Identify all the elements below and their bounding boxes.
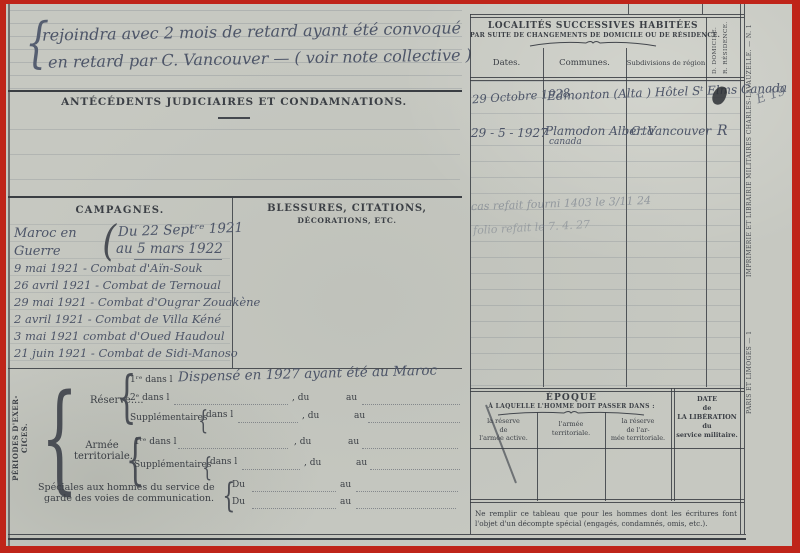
au-label: au — [340, 497, 351, 507]
campagne-brace: ( — [102, 217, 116, 265]
au-label: au — [346, 393, 357, 403]
antecedents-title-rule — [218, 117, 250, 119]
armee-label-line1: Armée — [82, 440, 122, 451]
epoque-header-rule — [470, 448, 744, 449]
campagne-maroc-label2: Guerre — [14, 244, 61, 259]
epoque-date-col-header: DATE de LA LIBÉRATION du service militai… — [674, 395, 740, 440]
dotted-leader — [356, 490, 458, 492]
localites-side-label-residence: R. RÉSIDENCE. — [723, 20, 729, 74]
localites-row-commune-sub: canada — [549, 137, 582, 147]
du-label: , du — [294, 437, 311, 447]
localites-col-header-communes: Communes. — [543, 58, 626, 68]
localites-box-top-2 — [470, 17, 744, 18]
epoque-subtitle: À LAQUELLE L'HOMME DOIT PASSER DANS : — [470, 403, 673, 410]
localites-header-brace — [528, 40, 658, 48]
epoque-date-divider-1 — [671, 388, 672, 501]
campagne-combat-entry: 3 mai 1921 combat d'Oued Haudoul — [14, 329, 225, 343]
campagnes-title: CAMPAGNES. — [8, 205, 232, 216]
du-label: Du — [232, 497, 245, 507]
dotted-leader — [252, 490, 336, 492]
handwritten-underline — [134, 259, 222, 260]
epoque-footnote: Ne remplir ce tableau que pour les homme… — [475, 509, 737, 528]
dotted-leader — [174, 403, 288, 405]
imprint-city: PARIS ET LIMOGES — 1 — [746, 288, 753, 456]
localites-row-date: 29 - 5 - 1927 — [471, 126, 548, 140]
dotted-leader — [252, 507, 336, 509]
du-label: , du — [302, 411, 319, 421]
bottom-rule-1 — [8, 534, 746, 535]
au-label: au — [354, 411, 365, 421]
epoque-col-header-1: la réserve de l'armée active. — [470, 417, 537, 443]
campagne-combat-entry: 26 avril 1921 - Combat de Ternoual — [14, 278, 221, 292]
armee-label-line2: territoriale. — [74, 451, 130, 462]
epoque-title: ÉPOQUE — [470, 393, 673, 403]
reserve-row2-label: 2ᵉ dans l — [130, 393, 169, 403]
localites-col-header-dates: Dates. — [470, 58, 543, 68]
armee-row1-label: 1ʳᵉ dans l — [134, 437, 176, 447]
localites-row-subdivision: C. Vancouver — [631, 124, 711, 138]
reserve-row1-label: 1ʳᵉ dans l — [130, 375, 172, 385]
localites-subtitle: PAR SUITE DE CHANGEMENTS DE DOMICILE OU … — [470, 32, 716, 39]
epoque-bottom-rule-1 — [470, 499, 744, 500]
localites-col-header-subdivisions: Subdivisions de région — [624, 59, 708, 67]
au-label: au — [348, 437, 359, 447]
dotted-leader — [370, 468, 460, 470]
dotted-leader — [368, 421, 460, 423]
blessures-title-line2: DÉCORATIONS, ETC. — [232, 216, 462, 225]
dotted-leader — [362, 403, 460, 405]
campagne-combat-entry: 9 mai 1921 - Combat d'Aïn-Souk — [14, 261, 203, 275]
dotted-leader — [362, 447, 458, 449]
campagne-combat-entry: 21 juin 1921 - Combat de Sidi-Manoso — [14, 346, 238, 360]
au-label: au — [340, 480, 351, 490]
document-page: { rejoindra avec 2 mois de retard ayant … — [6, 4, 792, 546]
dotted-leader — [178, 447, 288, 449]
bottom-rule-2 — [8, 538, 746, 540]
scan-red-border: { rejoindra avec 2 mois de retard ayant … — [0, 0, 800, 553]
divider-line — [8, 90, 462, 92]
dans-l-label: dans l — [210, 457, 237, 467]
localites-title: LOCALITÉS SUCCESSIVES HABITÉES — [470, 21, 716, 31]
epoque-col-header-2: l'armée territoriale. — [537, 420, 605, 437]
dotted-leader — [356, 507, 456, 509]
top-stub-line — [628, 4, 629, 14]
campagne-maroc-label1: Maroc en — [14, 226, 77, 241]
campagne-combat-entry: 29 mai 1921 - Combat d'Ougrar Zouakène — [14, 295, 260, 309]
au-label: au — [356, 458, 367, 468]
epoque-bottom-rule-2 — [470, 502, 744, 503]
du-label: , du — [292, 393, 309, 403]
antecedents-ruled-area — [10, 129, 460, 195]
dotted-leader — [242, 468, 300, 470]
supplementaires-label: Supplémentaires — [130, 413, 207, 423]
periodes-vertical-label: PÉRIODES D'EXER- CICES. — [11, 393, 31, 483]
du-label: , du — [304, 458, 321, 468]
campagne-combat-entry: 2 avril 1921 - Combat de Villa Kéné — [14, 312, 221, 326]
antecedents-title: ANTÉCÉDENTS JUDICIAIRES ET CONDAMNATIONS… — [8, 96, 460, 108]
blessures-title-line1: BLESSURES, CITATIONS, — [232, 203, 462, 214]
epoque-col-header-3: la réserve de l'ar- mée territoriale. — [605, 417, 671, 443]
dans-l-label: dans l — [206, 410, 233, 420]
dotted-leader — [238, 421, 298, 423]
du-label: Du — [232, 480, 245, 490]
campagne-maroc-dates2: au 5 mars 1922 — [116, 241, 223, 257]
imprint-publisher: IMPRIMERIE ET LIBRAIRIE MILITAIRES CHARL… — [746, 18, 753, 284]
speciales-label-line2: garde des voies de communication. — [44, 493, 214, 504]
localites-row-mark: R — [717, 123, 728, 139]
localites-header-rule-1 — [470, 77, 744, 78]
top-stub-line — [702, 4, 703, 14]
epoque-top-rule-2 — [470, 391, 744, 392]
divider-line — [8, 196, 462, 198]
supplementaires-label: Supplémentaires — [134, 460, 211, 470]
epoque-header-brace — [496, 410, 646, 417]
speciales-label-line1: Spéciales aux hommes du service de — [38, 482, 215, 493]
localites-side-label-domicile: D. DOMICILE. — [712, 20, 718, 74]
localites-box-top-1 — [470, 14, 744, 15]
epoque-top-rule-1 — [470, 388, 744, 389]
